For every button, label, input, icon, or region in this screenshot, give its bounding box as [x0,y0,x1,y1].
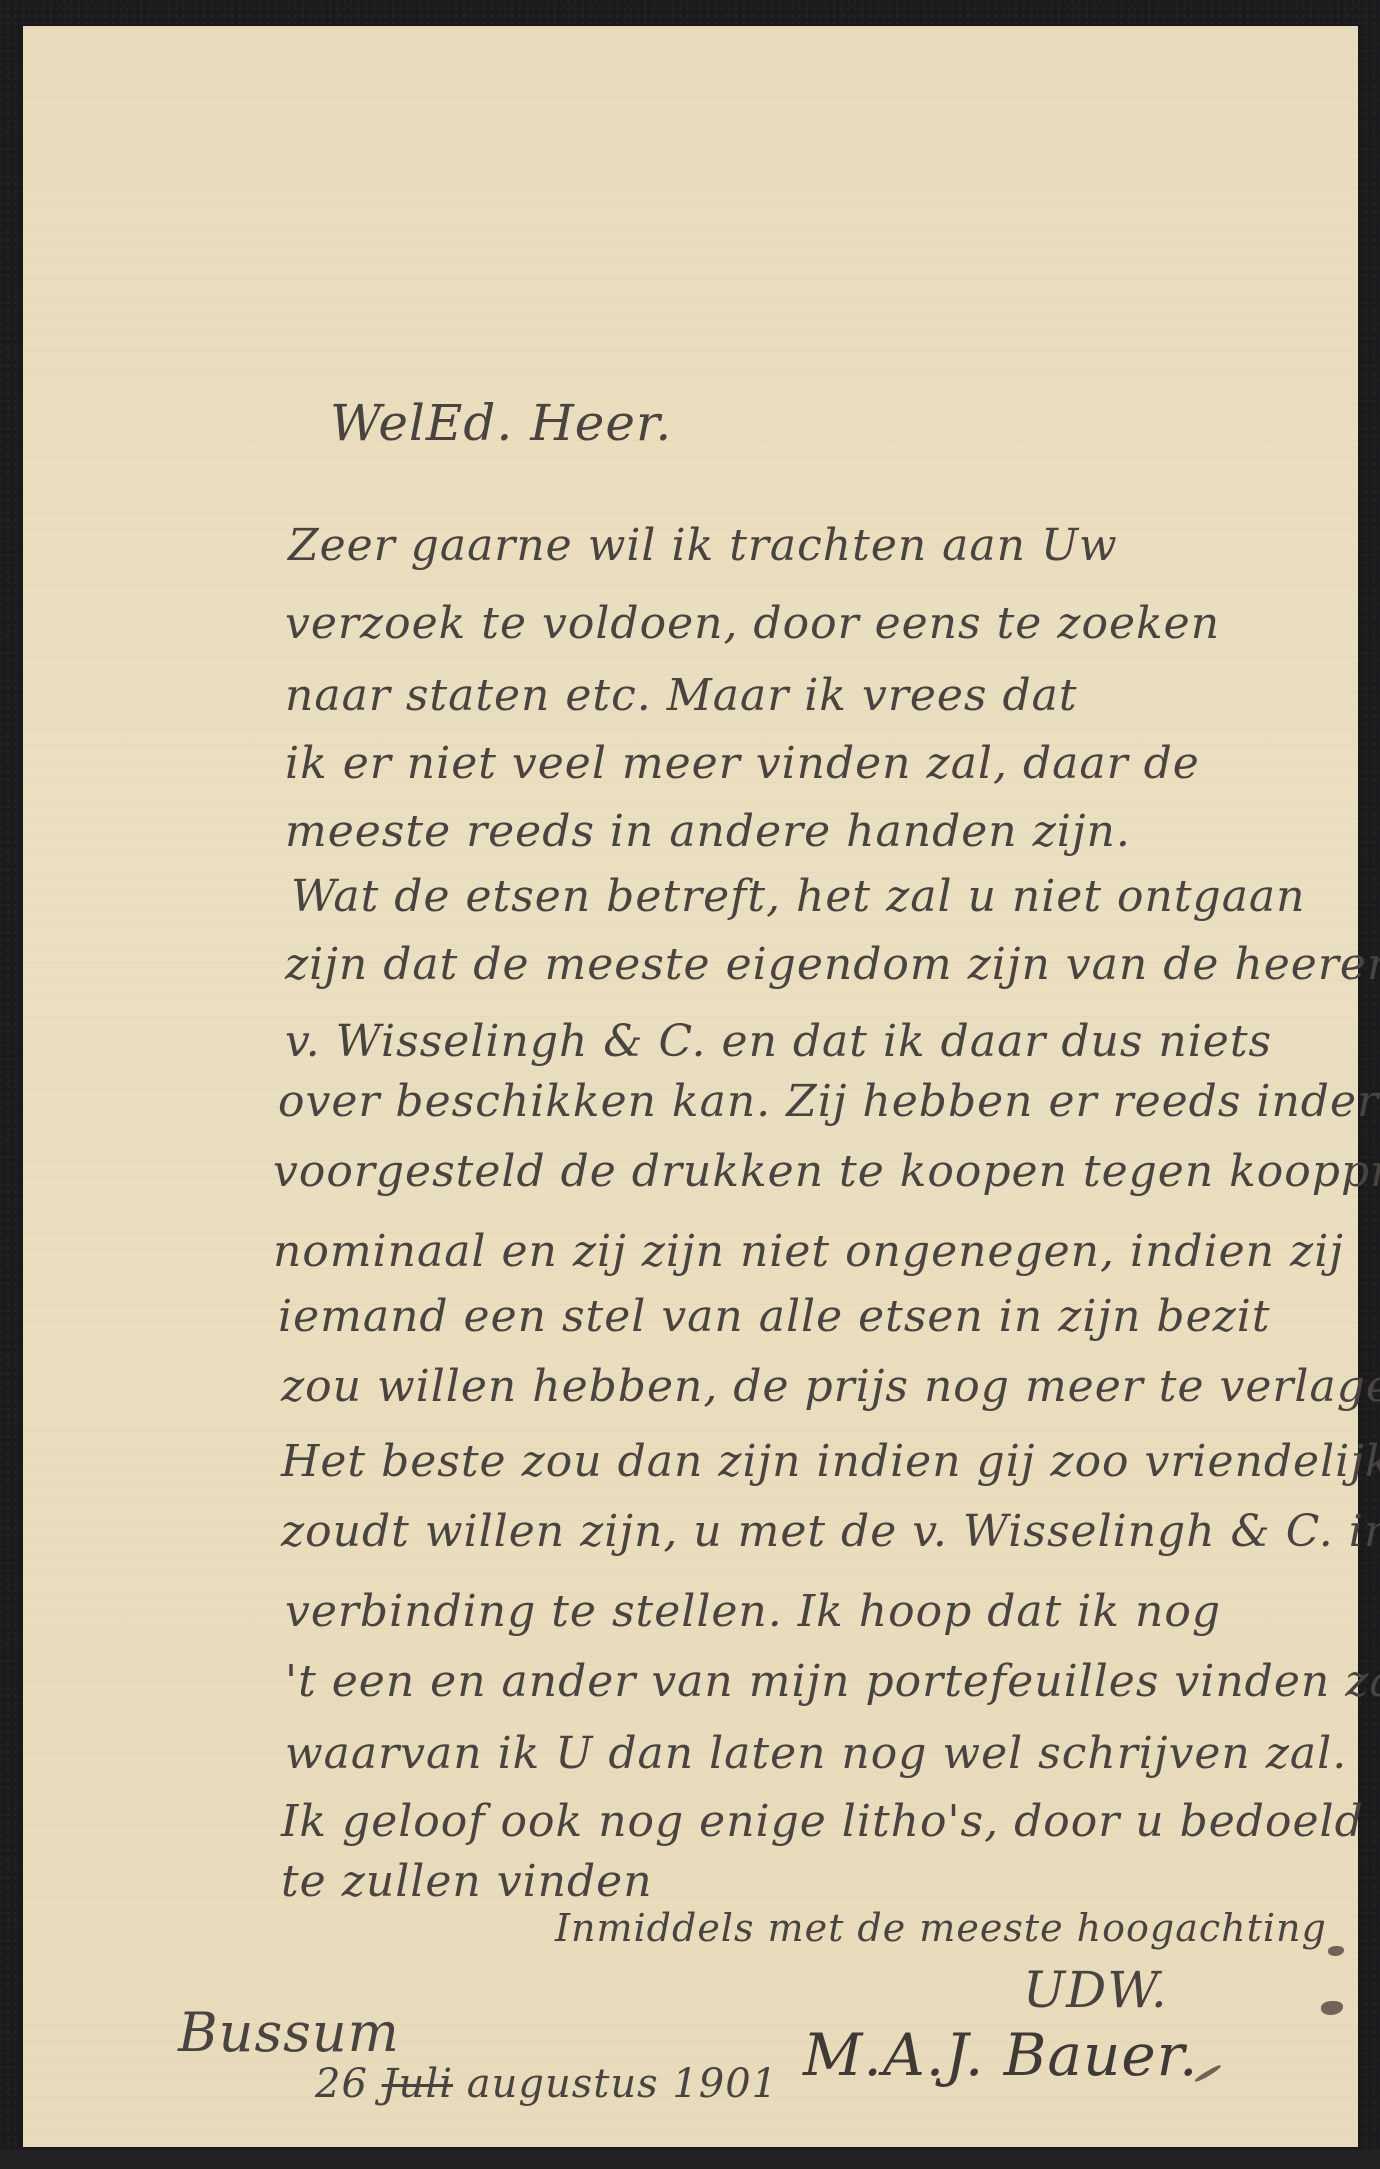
body-line-4: ik er niet veel meer vinden zal, daar de [285,738,1200,789]
ink-blot [1328,1946,1344,1956]
date-month: augustus [467,2061,659,2107]
date-line: 26 Juli augustus 1901 [315,2061,778,2107]
body-line-17: 't een en ander van mijn portefeuilles v… [285,1656,1380,1707]
ink-blot [1321,2001,1343,2015]
letter-sheet: WelEd. Heer. Zeer gaarne wil ik trachten… [23,26,1358,2147]
body-line-15: zoudt willen zijn, u met de v. Wisseling… [281,1506,1380,1557]
salutation: WelEd. Heer. [330,394,672,452]
place-name: Bussum [178,2001,400,2064]
body-line-3: naar staten etc. Maar ik vrees dat [285,670,1078,721]
body-line-5: meeste reeds in andere handen zijn. [285,806,1131,857]
body-line-7: zijn dat de meeste eigendom zijn van de … [285,939,1380,990]
body-line-1: Zeer gaarne wil ik trachten aan Uw [288,520,1118,571]
body-line-12: iemand een stel van alle etsen in zijn b… [278,1291,1271,1342]
body-line-13: zou willen hebben, de prijs nog meer te … [281,1361,1380,1412]
body-line-2: verzoek te voldoen, door eens te zoeken [285,598,1220,649]
body-line-9: over beschikken kan. Zij hebben er reeds… [278,1076,1380,1127]
body-line-10: voorgesteld de drukken te koopen tegen k… [273,1146,1380,1197]
date-day: 26 [315,2061,368,2107]
body-line-11: nominaal en zij zijn niet ongenegen, ind… [273,1226,1344,1277]
date-year: 1901 [672,2061,778,2107]
body-line-16: verbinding te stellen. Ik hoop dat ik no… [285,1586,1221,1637]
date-struck-month: Juli [382,2061,453,2107]
scan-bottom-edge [0,2150,1380,2169]
body-line-14: Het beste zou dan zijn indien gij zoo vr… [281,1436,1380,1487]
body-line-18: waarvan ik U dan laten nog wel schrijven… [285,1728,1347,1779]
body-line-8: v. Wisselingh & C. en dat ik daar dus ni… [285,1016,1272,1067]
body-line-20: te zullen vinden [281,1856,653,1907]
closing-initials: UDW. [1023,1961,1168,2019]
body-line-6: Wat de etsen betreft, het zal u niet ont… [291,871,1306,922]
closing-phrase: Inmiddels met de meeste hoogachting [555,1906,1327,1950]
body-line-19: Ik geloof ook nog enige litho's, door u … [281,1796,1364,1847]
signature: M.A.J. Bauer. [803,2021,1198,2089]
